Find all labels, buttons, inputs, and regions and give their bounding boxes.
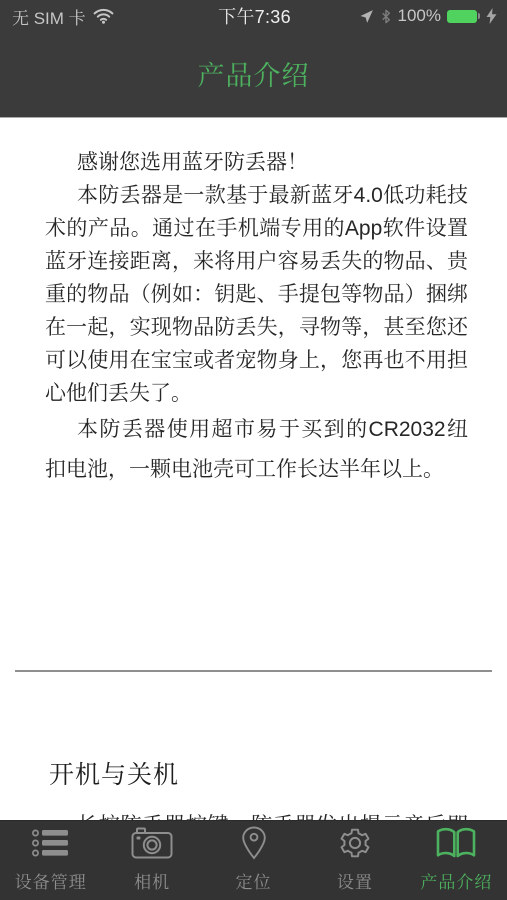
tab-device-management[interactable]: 设备管理 bbox=[0, 821, 101, 900]
section-heading-power: 开机与关机 bbox=[49, 755, 468, 791]
location-pin-icon bbox=[241, 823, 267, 863]
tab-label: 定位 bbox=[236, 868, 272, 893]
intro-paragraph-description: 本防丢器是一款基于最新蓝牙4.0低功耗技术的产品。通过在手机端专用的App软件设… bbox=[45, 179, 468, 410]
intro-paragraph-thanks: 感谢您选用蓝牙防丢器！ bbox=[45, 146, 468, 179]
section-divider bbox=[15, 670, 492, 672]
bluetooth-icon bbox=[380, 8, 392, 25]
device-list-icon bbox=[31, 823, 71, 863]
tab-location[interactable]: 定位 bbox=[203, 821, 304, 900]
tab-product-intro[interactable]: 产品介绍 bbox=[406, 821, 507, 900]
clock: 下午7:36 bbox=[218, 3, 291, 29]
status-bar: 无 SIM 卡 下午7:36 bbox=[0, 0, 507, 30]
tab-label: 产品介绍 bbox=[420, 868, 492, 893]
status-left: 无 SIM 卡 bbox=[12, 4, 218, 29]
camera-icon bbox=[131, 823, 173, 863]
tab-settings[interactable]: 设置 bbox=[304, 821, 405, 900]
open-book-icon bbox=[435, 823, 477, 863]
app-window: 无 SIM 卡 下午7:36 bbox=[0, 0, 507, 900]
manual-scroll-area[interactable]: 感谢您选用蓝牙防丢器！ 本防丢器是一款基于最新蓝牙4.0低功耗技术的产品。通过在… bbox=[0, 118, 507, 820]
tab-label: 设置 bbox=[337, 868, 373, 893]
wifi-icon bbox=[93, 8, 114, 24]
tab-camera[interactable]: 相机 bbox=[101, 821, 202, 900]
battery-percent-label: 100% bbox=[398, 6, 441, 26]
intro-paragraph-battery: 本防丢器使用超市易于买到的CR2032纽扣电池，一颗电池壳可工作长达半年以上。 bbox=[45, 410, 468, 490]
carrier-label: 无 SIM 卡 bbox=[12, 4, 86, 29]
tab-label: 设备管理 bbox=[15, 868, 87, 893]
battery-icon bbox=[447, 10, 477, 23]
gear-icon bbox=[338, 823, 372, 863]
status-right: 100% bbox=[291, 6, 497, 26]
clipped-paragraph: 长按防丢器按键，防丢器发出提示音后即开机 bbox=[45, 809, 468, 820]
tab-label: 相机 bbox=[134, 868, 170, 893]
nav-bar: 产品介绍 bbox=[0, 30, 507, 116]
tab-bar: 设备管理 相机 定位 bbox=[0, 820, 507, 900]
top-chrome: 无 SIM 卡 下午7:36 bbox=[0, 0, 507, 118]
charging-bolt-icon bbox=[486, 8, 497, 24]
location-arrow-icon bbox=[359, 9, 374, 24]
page-title: 产品介绍 bbox=[198, 54, 310, 93]
